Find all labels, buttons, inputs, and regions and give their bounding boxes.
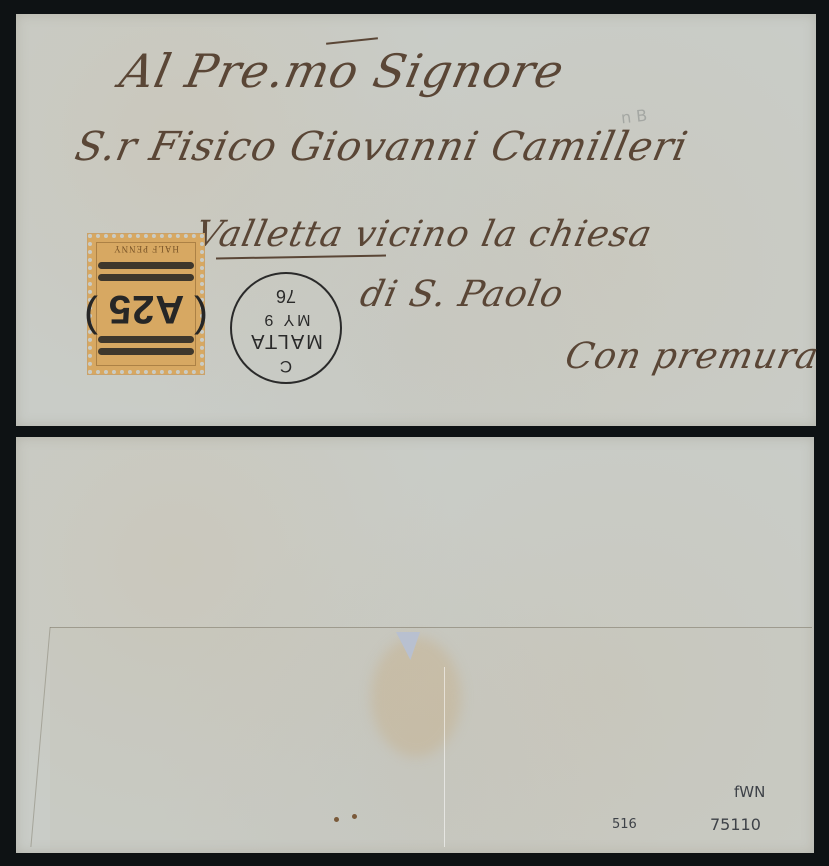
faint-pencil-note: n B [620,106,648,128]
cancel-bar [98,262,194,269]
address-line-1: Al Pre.mo Signore [115,44,569,98]
malta-postmark: C MALTA MY 9 76 [230,272,342,384]
address-line-4: di S. Paolo [357,274,568,315]
endorsement: Con premura [562,336,823,377]
stamp-inscription: HALF PENNY [92,244,200,254]
address-line-3: Valletta vicino la chiesa [192,214,656,255]
address-underline [216,255,386,260]
postmark-town: MALTA [232,329,340,352]
postmark-date: MY 9 [232,310,340,328]
pencil-reference: 75110 [710,815,761,834]
pencil-initials: fWN [734,783,765,801]
postmark-letter: C [232,356,340,376]
cancel-bar [98,348,194,355]
postage-stamp: HALF PENNY ( ) A25 [88,234,204,374]
spot [352,814,357,819]
envelope-front: Al Pre.mo Signore S.r Fisico Giovanni Ca… [16,14,816,426]
stain [371,637,461,757]
address-line-2: S.r Fisico Giovanni Camilleri [71,124,692,170]
cancel-bar [98,274,194,281]
cancel-bar [98,336,194,343]
pencil-lot-number: 516 [612,817,637,832]
paper-crease [444,667,445,847]
spot [334,817,339,822]
postmark-year: 76 [232,285,340,306]
envelope-back: fWN 75110 516 [16,437,814,853]
cancel-numeral: A25 [92,286,200,331]
